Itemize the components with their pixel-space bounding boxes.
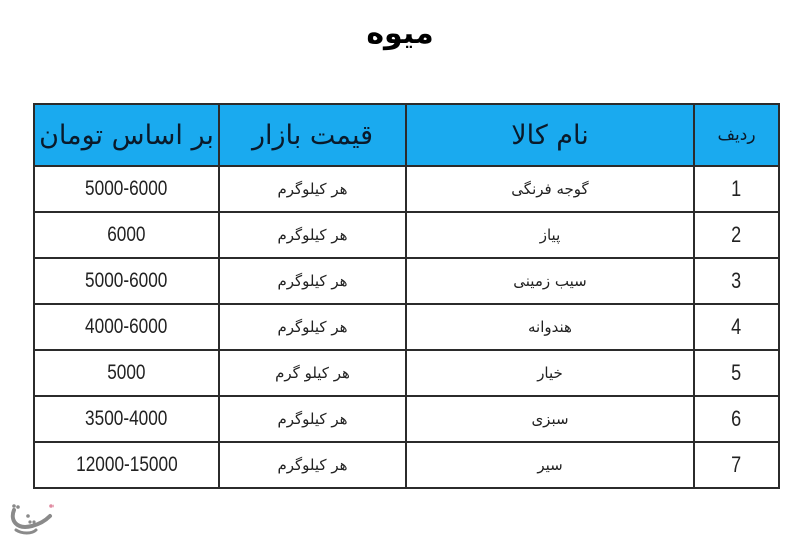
header-toman: بر اساس تومان xyxy=(34,104,219,166)
tasnim-logo-icon xyxy=(6,500,54,540)
table-header-row: ردیف نام کالا قیمت بازار بر اساس تومان xyxy=(34,104,779,166)
item-unit: هر کیلوگرم xyxy=(219,442,406,488)
item-price: 3500-4000 xyxy=(34,396,219,442)
price-table: ردیف نام کالا قیمت بازار بر اساس تومان 1… xyxy=(33,103,780,489)
item-price: 4000-6000 xyxy=(34,304,219,350)
item-unit: هر کیلو گرم xyxy=(219,350,406,396)
item-price: 12000-15000 xyxy=(34,442,219,488)
item-price: 5000-6000 xyxy=(34,166,219,212)
row-number: 6 xyxy=(694,396,779,442)
header-row-number: ردیف xyxy=(694,104,779,166)
item-price: 5000-6000 xyxy=(34,258,219,304)
item-unit: هر کیلوگرم xyxy=(219,304,406,350)
row-number: 4 xyxy=(694,304,779,350)
item-price: 5000 xyxy=(34,350,219,396)
item-name: سبزی xyxy=(406,396,694,442)
header-item-name: نام کالا xyxy=(406,104,694,166)
row-number: 3 xyxy=(694,258,779,304)
table-row: 6 سبزی هر کیلوگرم 3500-4000 xyxy=(34,396,779,442)
item-unit: هر کیلوگرم xyxy=(219,212,406,258)
table-row: 2 پیاز هر کیلوگرم 6000 xyxy=(34,212,779,258)
page-title: میوه xyxy=(0,14,800,54)
item-name: سیب زمینی xyxy=(406,258,694,304)
item-name: سیر xyxy=(406,442,694,488)
table-row: 3 سیب زمینی هر کیلوگرم 5000-6000 xyxy=(34,258,779,304)
table-row: 4 هندوانه هر کیلوگرم 4000-6000 xyxy=(34,304,779,350)
item-price: 6000 xyxy=(34,212,219,258)
row-number: 7 xyxy=(694,442,779,488)
item-name: پیاز xyxy=(406,212,694,258)
row-number: 1 xyxy=(694,166,779,212)
header-market-price: قیمت بازار xyxy=(219,104,406,166)
row-number: 5 xyxy=(694,350,779,396)
item-name: هندوانه xyxy=(406,304,694,350)
row-number: 2 xyxy=(694,212,779,258)
table-row: 7 سیر هر کیلوگرم 12000-15000 xyxy=(34,442,779,488)
table-row: 5 خیار هر کیلو گرم 5000 xyxy=(34,350,779,396)
table-row: 1 گوجه فرنگی هر کیلوگرم 5000-6000 xyxy=(34,166,779,212)
item-unit: هر کیلوگرم xyxy=(219,396,406,442)
item-name: گوجه فرنگی xyxy=(406,166,694,212)
item-unit: هر کیلوگرم xyxy=(219,258,406,304)
item-unit: هر کیلوگرم xyxy=(219,166,406,212)
item-name: خیار xyxy=(406,350,694,396)
